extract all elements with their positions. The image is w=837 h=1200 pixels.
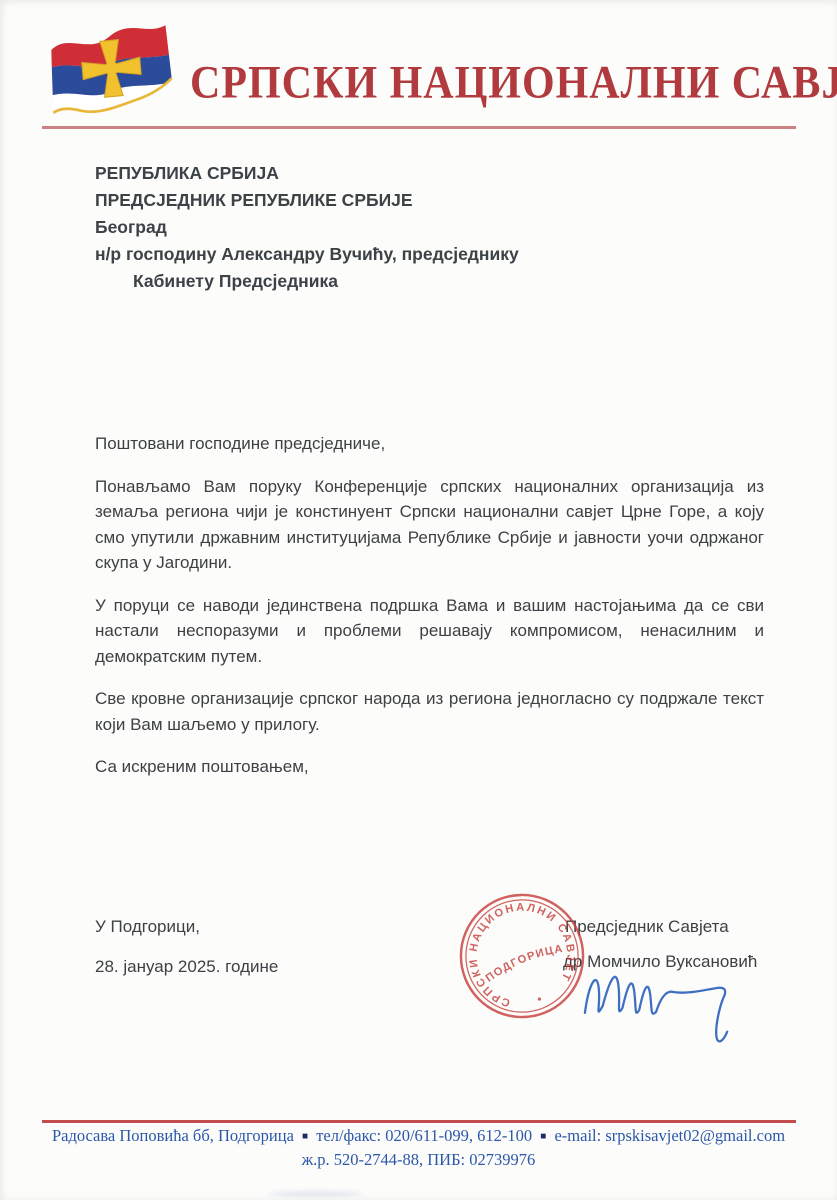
- svg-text:ПОДГОРИЦА: ПОДГОРИЦА: [482, 938, 567, 986]
- paragraph-3: Све кровне организације српског народа и…: [95, 686, 764, 737]
- square-separator-icon: ■: [536, 1131, 550, 1142]
- letterhead-rule: [42, 126, 796, 129]
- place-line: У Подгорици,: [95, 917, 200, 937]
- signature-scribble: [577, 958, 745, 1053]
- scan-smudge: [268, 1191, 363, 1197]
- recipient-city: Београд: [95, 214, 519, 241]
- stamp-center-text: ПОДГОРИЦА: [482, 938, 567, 986]
- stamp-separator-dot: •: [536, 994, 544, 1007]
- recipient-country: РЕПУБЛИКА СРБИЈА: [95, 160, 519, 187]
- footer-phone: тел/факс: 020/611-099, 612-100: [316, 1126, 532, 1145]
- recipient-office: ПРЕДСЈЕДНИК РЕПУБЛИКЕ СРБИЈЕ: [95, 187, 519, 214]
- paragraph-2: У поруци се наводи јединствена подршка В…: [95, 593, 764, 670]
- paragraph-1: Понављамо Вам поруку Конференције српски…: [95, 474, 764, 576]
- serbian-flag-cross-logo: [45, 22, 180, 130]
- square-separator-icon: ■: [298, 1131, 312, 1142]
- organization-title: СРПСКИ НАЦИОНАЛНИ САВЈЕТ: [190, 56, 837, 110]
- closing-phrase: Са искреним поштовањем,: [95, 754, 764, 780]
- footer-account-line: ж.р. 520-2744-88, ПИБ: 02739976: [0, 1150, 837, 1170]
- footer-rule: [42, 1120, 796, 1123]
- letter-body: Поштовани господине предсједниче, Понављ…: [95, 431, 764, 797]
- signer-title: Предсједник Савјета: [565, 917, 729, 937]
- date-line: 28. јануар 2025. године: [95, 957, 278, 977]
- footer-address: Радосава Поповића бб, Подгорица: [52, 1126, 294, 1145]
- recipient-attention: н/р господину Александру Вучићу, предсје…: [95, 241, 519, 268]
- footer-email: e-mail: srpskisavjet02@gmail.com: [554, 1126, 785, 1145]
- recipient-cabinet: Кабинету Предсједника: [95, 268, 519, 295]
- salutation: Поштовани господине предсједниче,: [95, 431, 764, 457]
- round-stamp: СРПСКИ НАЦИОНАЛНИ САВЈЕТ • ПОДГОРИЦА: [456, 890, 588, 1022]
- recipient-block: РЕПУБЛИКА СРБИЈА ПРЕДСЈЕДНИК РЕПУБЛИКЕ С…: [95, 160, 519, 295]
- letter-page: СРПСКИ НАЦИОНАЛНИ САВЈЕТ РЕПУБЛИКА СРБИЈ…: [0, 0, 837, 1200]
- footer-contact-line: Радосава Поповића бб, Подгорица ■ тел/фа…: [0, 1126, 837, 1146]
